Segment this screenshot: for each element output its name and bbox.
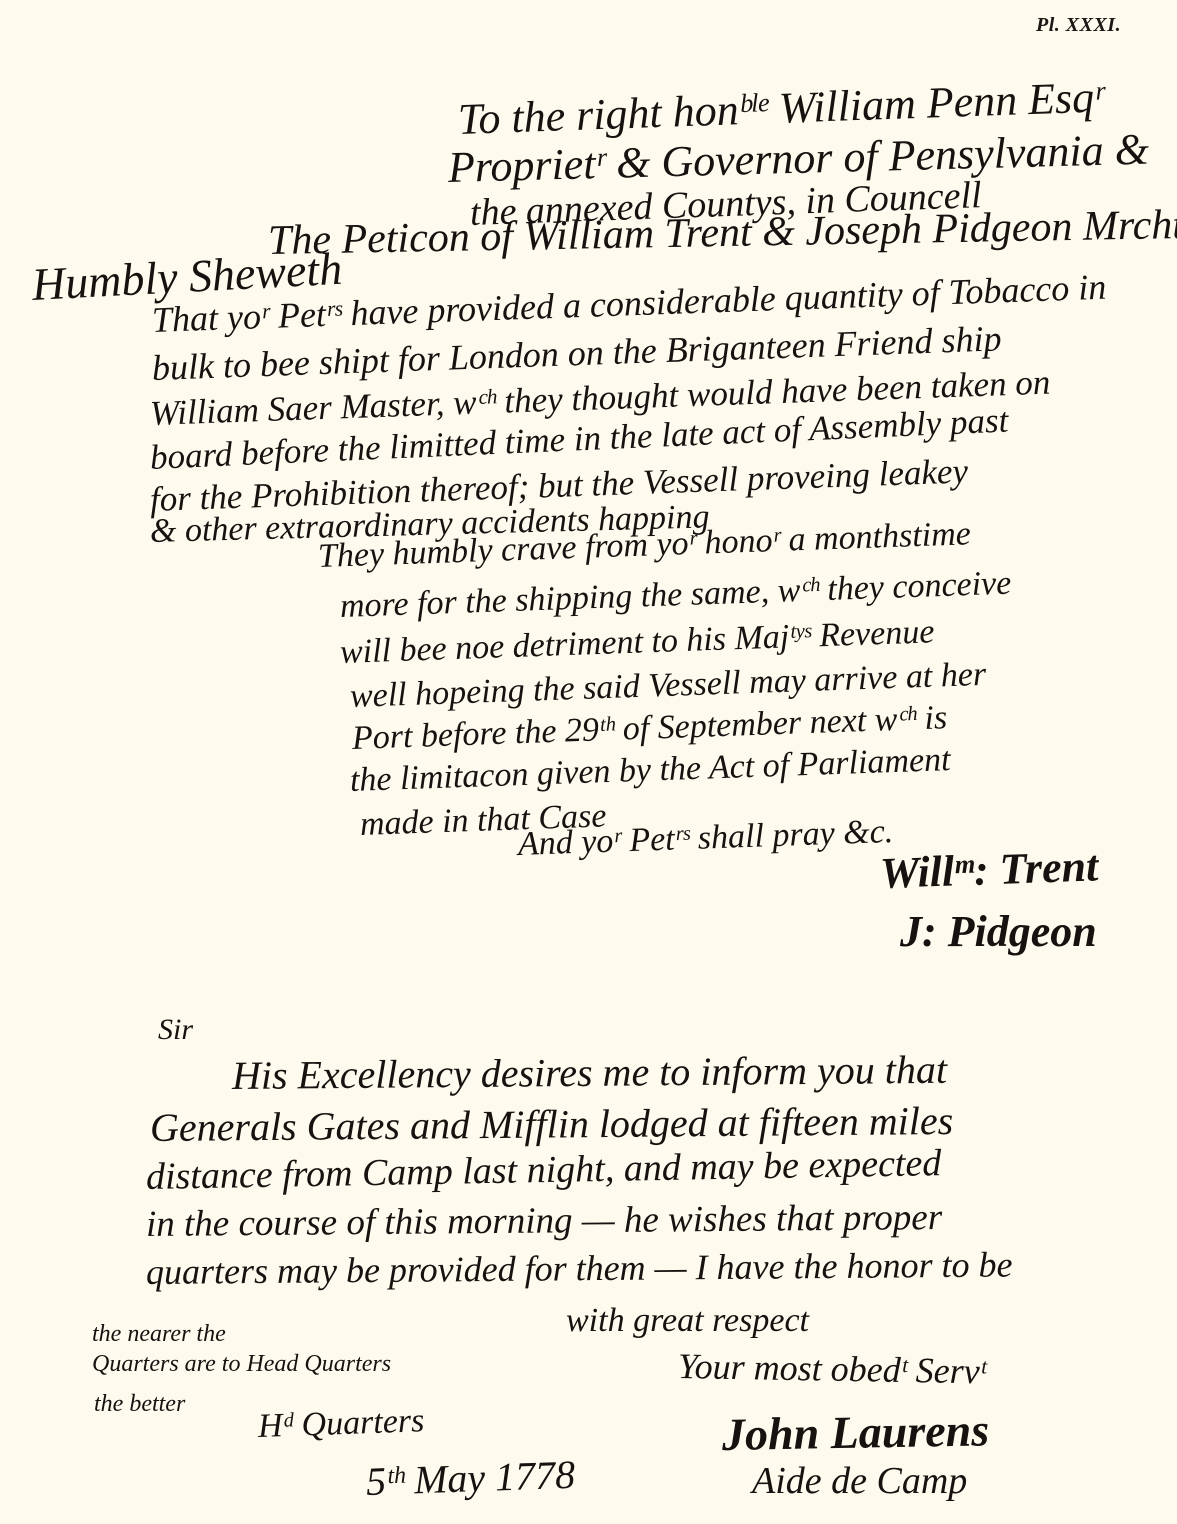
postscript-line-2: Quarters are to Head Quarters	[92, 1352, 391, 1376]
complimentary-close-line-1: with great respect	[566, 1304, 809, 1338]
letter-body-line-3: distance from Camp last night, and may b…	[146, 1144, 942, 1196]
signature-joseph-pidgeon: J: Pidgeon	[900, 910, 1097, 954]
letter-body-line-2: Generals Gates and Mifflin lodged at fif…	[150, 1101, 954, 1148]
plate-number: Pl. XXXI.	[1036, 14, 1121, 37]
signature-title: Aide de Camp	[752, 1462, 967, 1500]
petition-title: The Peticon of William Trent & Joseph Pi…	[268, 204, 1177, 262]
letter-salutation: Sir	[158, 1015, 193, 1045]
complimentary-close-line-2: Your most obedᵗ Servᵗ	[678, 1348, 986, 1389]
letter-body-line-5: quarters may be provided for them — I ha…	[146, 1246, 1013, 1290]
letter-body-line-1: His Excellency desires me to inform you …	[232, 1050, 947, 1096]
postscript-line-1: the nearer the	[92, 1322, 226, 1346]
dateline-place: Hᵈ Quarters	[257, 1404, 424, 1444]
dateline-date: 5ᵗʰ May 1778	[365, 1455, 575, 1502]
signature-john-laurens: John Laurens	[722, 1407, 990, 1458]
signature-will-trent: Willᵐ: Trent	[879, 844, 1099, 896]
letter-body-line-4: in the course of this morning — he wishe…	[146, 1199, 942, 1243]
postscript-line-3: the better	[94, 1392, 185, 1416]
